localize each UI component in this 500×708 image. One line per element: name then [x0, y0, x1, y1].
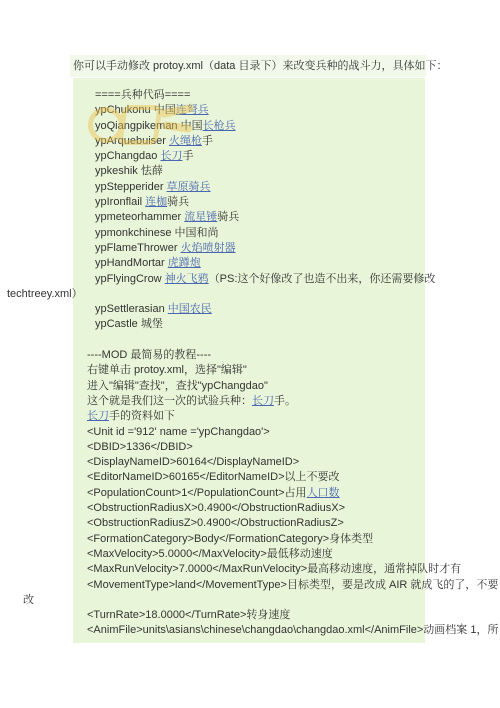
text-segment: 改 — [23, 594, 34, 606]
text-line: <TurnRate>18.0000</TurnRate>转身速度 — [87, 608, 425, 623]
unit-link[interactable]: 神火飞鸦 — [165, 273, 209, 285]
unit-link[interactable]: 长刀 — [160, 150, 182, 162]
text-line: ypChukonu 中国连弩兵 — [95, 103, 425, 118]
text-segment: 骑兵 — [217, 211, 239, 223]
text-line: 进入"编辑"查找"，查找"ypChangdao" — [87, 379, 425, 394]
text-line: techtreey.xml） — [7, 287, 425, 302]
text-segment: ypChukonu 中国 — [95, 104, 176, 116]
text-segment: <PopulationCount>1</PopulationCount>占用 — [87, 487, 307, 499]
text-line: <ObstructionRadiusX>0.4900</ObstructionR… — [87, 501, 425, 516]
text-line: <FormationCategory>Body</FormationCatego… — [87, 532, 425, 547]
text-line: ypmonkchinese 中国和尚 — [95, 226, 425, 241]
text-segment: ypFlameThrower — [95, 242, 181, 254]
highlighted-text-block: ====兵种代码====ypChukonu 中国连弩兵yoQiangpikema… — [73, 78, 425, 643]
text-segment: techtreey.xml） — [7, 288, 83, 300]
text-segment: ypCastle 城堡 — [95, 318, 163, 330]
text-line: ypArquebuiser 火绳枪手 — [95, 134, 425, 149]
text-segment: <MaxRunVelocity>7.0000</MaxRunVelocity>最… — [87, 563, 461, 575]
text-segment: ====兵种代码==== — [95, 89, 190, 101]
unit-link[interactable]: 人口数 — [307, 487, 340, 499]
text-line: <DisplayNameID>60164</DisplayNameID> — [87, 455, 425, 470]
text-line: <DBID>1336</DBID> — [87, 440, 425, 455]
text-line: yoQiangpikeman 中国长枪兵 — [95, 119, 425, 134]
text-line: <EditorNameID>60165</EditorNameID>以上不要改 — [87, 470, 425, 485]
text-segment: 右键单击 protoy.xml，选择"编辑" — [87, 364, 247, 376]
unit-link[interactable]: 流星锤 — [184, 211, 217, 223]
text-line: <MovementType>land</MovementType>目标类型，要是… — [87, 578, 425, 593]
text-segment: <Unit id ='912' name ='ypChangdao'> — [87, 426, 270, 438]
document-page: 你可以手动修改 protoy.xml（data 目录下）来改变兵种的战斗力，具体… — [0, 0, 500, 708]
text-line: ypChangdao 长刀手 — [95, 149, 425, 164]
text-segment: 这个就是我们这一次的试验兵种： — [87, 395, 252, 407]
text-line: ----MOD 最简易的教程---- — [87, 348, 425, 363]
text-line: <AnimFile>units\asians\chinese\changdao\… — [87, 623, 425, 638]
unit-link[interactable]: 长刀 — [87, 410, 109, 422]
text-segment: <MaxVelocity>5.0000</MaxVelocity>最低移动速度 — [87, 548, 333, 560]
text-segment: ----MOD 最简易的教程---- — [87, 349, 211, 361]
text-line: 右键单击 protoy.xml，选择"编辑" — [87, 363, 425, 378]
text-segment: <DisplayNameID>60164</DisplayNameID> — [87, 456, 299, 468]
text-line: <PopulationCount>1</PopulationCount>占用人口… — [87, 486, 425, 501]
text-segment: （PS:这个好像改了也造不出来，你还需要修改 — [209, 273, 436, 285]
text-line: ypFlyingCrow 神火飞鸦（PS:这个好像改了也造不出来，你还需要修改 — [95, 272, 425, 287]
text-segment: ypArquebuiser — [95, 135, 169, 147]
text-line: <MaxVelocity>5.0000</MaxVelocity>最低移动速度 — [87, 547, 425, 562]
unit-link[interactable]: 长刀 — [252, 395, 274, 407]
text-line: 长刀手的资料如下 — [87, 409, 425, 424]
text-segment: ypmeteorhammer — [95, 211, 184, 223]
text-segment: ypStepperider — [95, 181, 167, 193]
text-segment: ypkeshik 怯薛 — [95, 165, 163, 177]
text-segment: yoQiangpikeman 中国 — [95, 120, 203, 132]
text-segment: <MovementType>land</MovementType>目标类型，要是… — [87, 579, 498, 591]
text-line: ====兵种代码==== — [95, 88, 425, 103]
text-segment: ypmonkchinese 中国和尚 — [95, 227, 219, 239]
text-segment: ypSettlerasian — [95, 303, 168, 315]
unit-link[interactable]: 火绳枪 — [169, 135, 202, 147]
text-line: ypmeteorhammer 流星锤骑兵 — [95, 210, 425, 225]
text-segment: <EditorNameID>60165</EditorNameID>以上不要改 — [87, 471, 340, 483]
text-line: <Unit id ='912' name ='ypChangdao'> — [87, 425, 425, 440]
text-segment: <ObstructionRadiusZ>0.4900</ObstructionR… — [87, 517, 344, 529]
text-line: 这个就是我们这一次的试验兵种：长刀手。 — [87, 394, 425, 409]
unit-link[interactable]: 草原骑兵 — [167, 181, 211, 193]
unit-link[interactable]: 虎蹲炮 — [168, 257, 201, 269]
unit-link[interactable]: 火焰喷射器 — [181, 242, 236, 254]
text-line: ypStepperider 草原骑兵 — [95, 180, 425, 195]
text-line: ypCastle 城堡 — [95, 317, 425, 332]
text-segment: 手。 — [274, 395, 296, 407]
text-segment: <TurnRate>18.0000</TurnRate>转身速度 — [87, 609, 290, 621]
text-line: <ObstructionRadiusZ>0.4900</ObstructionR… — [87, 516, 425, 531]
text-segment: 手的资料如下 — [109, 410, 175, 422]
text-segment: 骑兵 — [167, 196, 189, 208]
text-line: ypSettlerasian 中国农民 — [95, 302, 425, 317]
intro-text: 你可以手动修改 protoy.xml（data 目录下）来改变兵种的战斗力，具体… — [70, 60, 447, 72]
intro-paragraph: 你可以手动修改 protoy.xml（data 目录下）来改变兵种的战斗力，具体… — [70, 55, 426, 77]
text-line: ypIronflail 连枷骑兵 — [95, 195, 425, 210]
unit-link[interactable]: 中国农民 — [168, 303, 212, 315]
text-segment: <ObstructionRadiusX>0.4900</ObstructionR… — [87, 502, 345, 514]
text-line: ypkeshik 怯薛 — [95, 164, 425, 179]
text-line — [95, 333, 425, 348]
text-segment: ypHandMortar — [95, 257, 168, 269]
unit-link[interactable]: 连弩兵 — [176, 104, 209, 116]
text-line: <MaxRunVelocity>7.0000</MaxRunVelocity>最… — [87, 562, 425, 577]
text-segment: ypIronflail — [95, 196, 145, 208]
text-line: ypHandMortar 虎蹲炮 — [95, 256, 425, 271]
unit-link[interactable]: 长枪兵 — [203, 120, 236, 132]
text-line: ypFlameThrower 火焰喷射器 — [95, 241, 425, 256]
text-segment: ypChangdao — [95, 150, 160, 162]
text-segment: 手 — [182, 150, 193, 162]
text-segment: <DBID>1336</DBID> — [87, 441, 193, 453]
text-segment: <AnimFile>units\asians\chinese\changdao\… — [87, 624, 498, 636]
text-line: 改 — [23, 593, 425, 608]
unit-link[interactable]: 连枷 — [145, 196, 167, 208]
text-segment: 进入"编辑"查找"，查找"ypChangdao" — [87, 380, 268, 392]
text-segment: <FormationCategory>Body</FormationCatego… — [87, 533, 373, 545]
text-segment: ypFlyingCrow — [95, 273, 165, 285]
text-segment: 手 — [202, 135, 213, 147]
